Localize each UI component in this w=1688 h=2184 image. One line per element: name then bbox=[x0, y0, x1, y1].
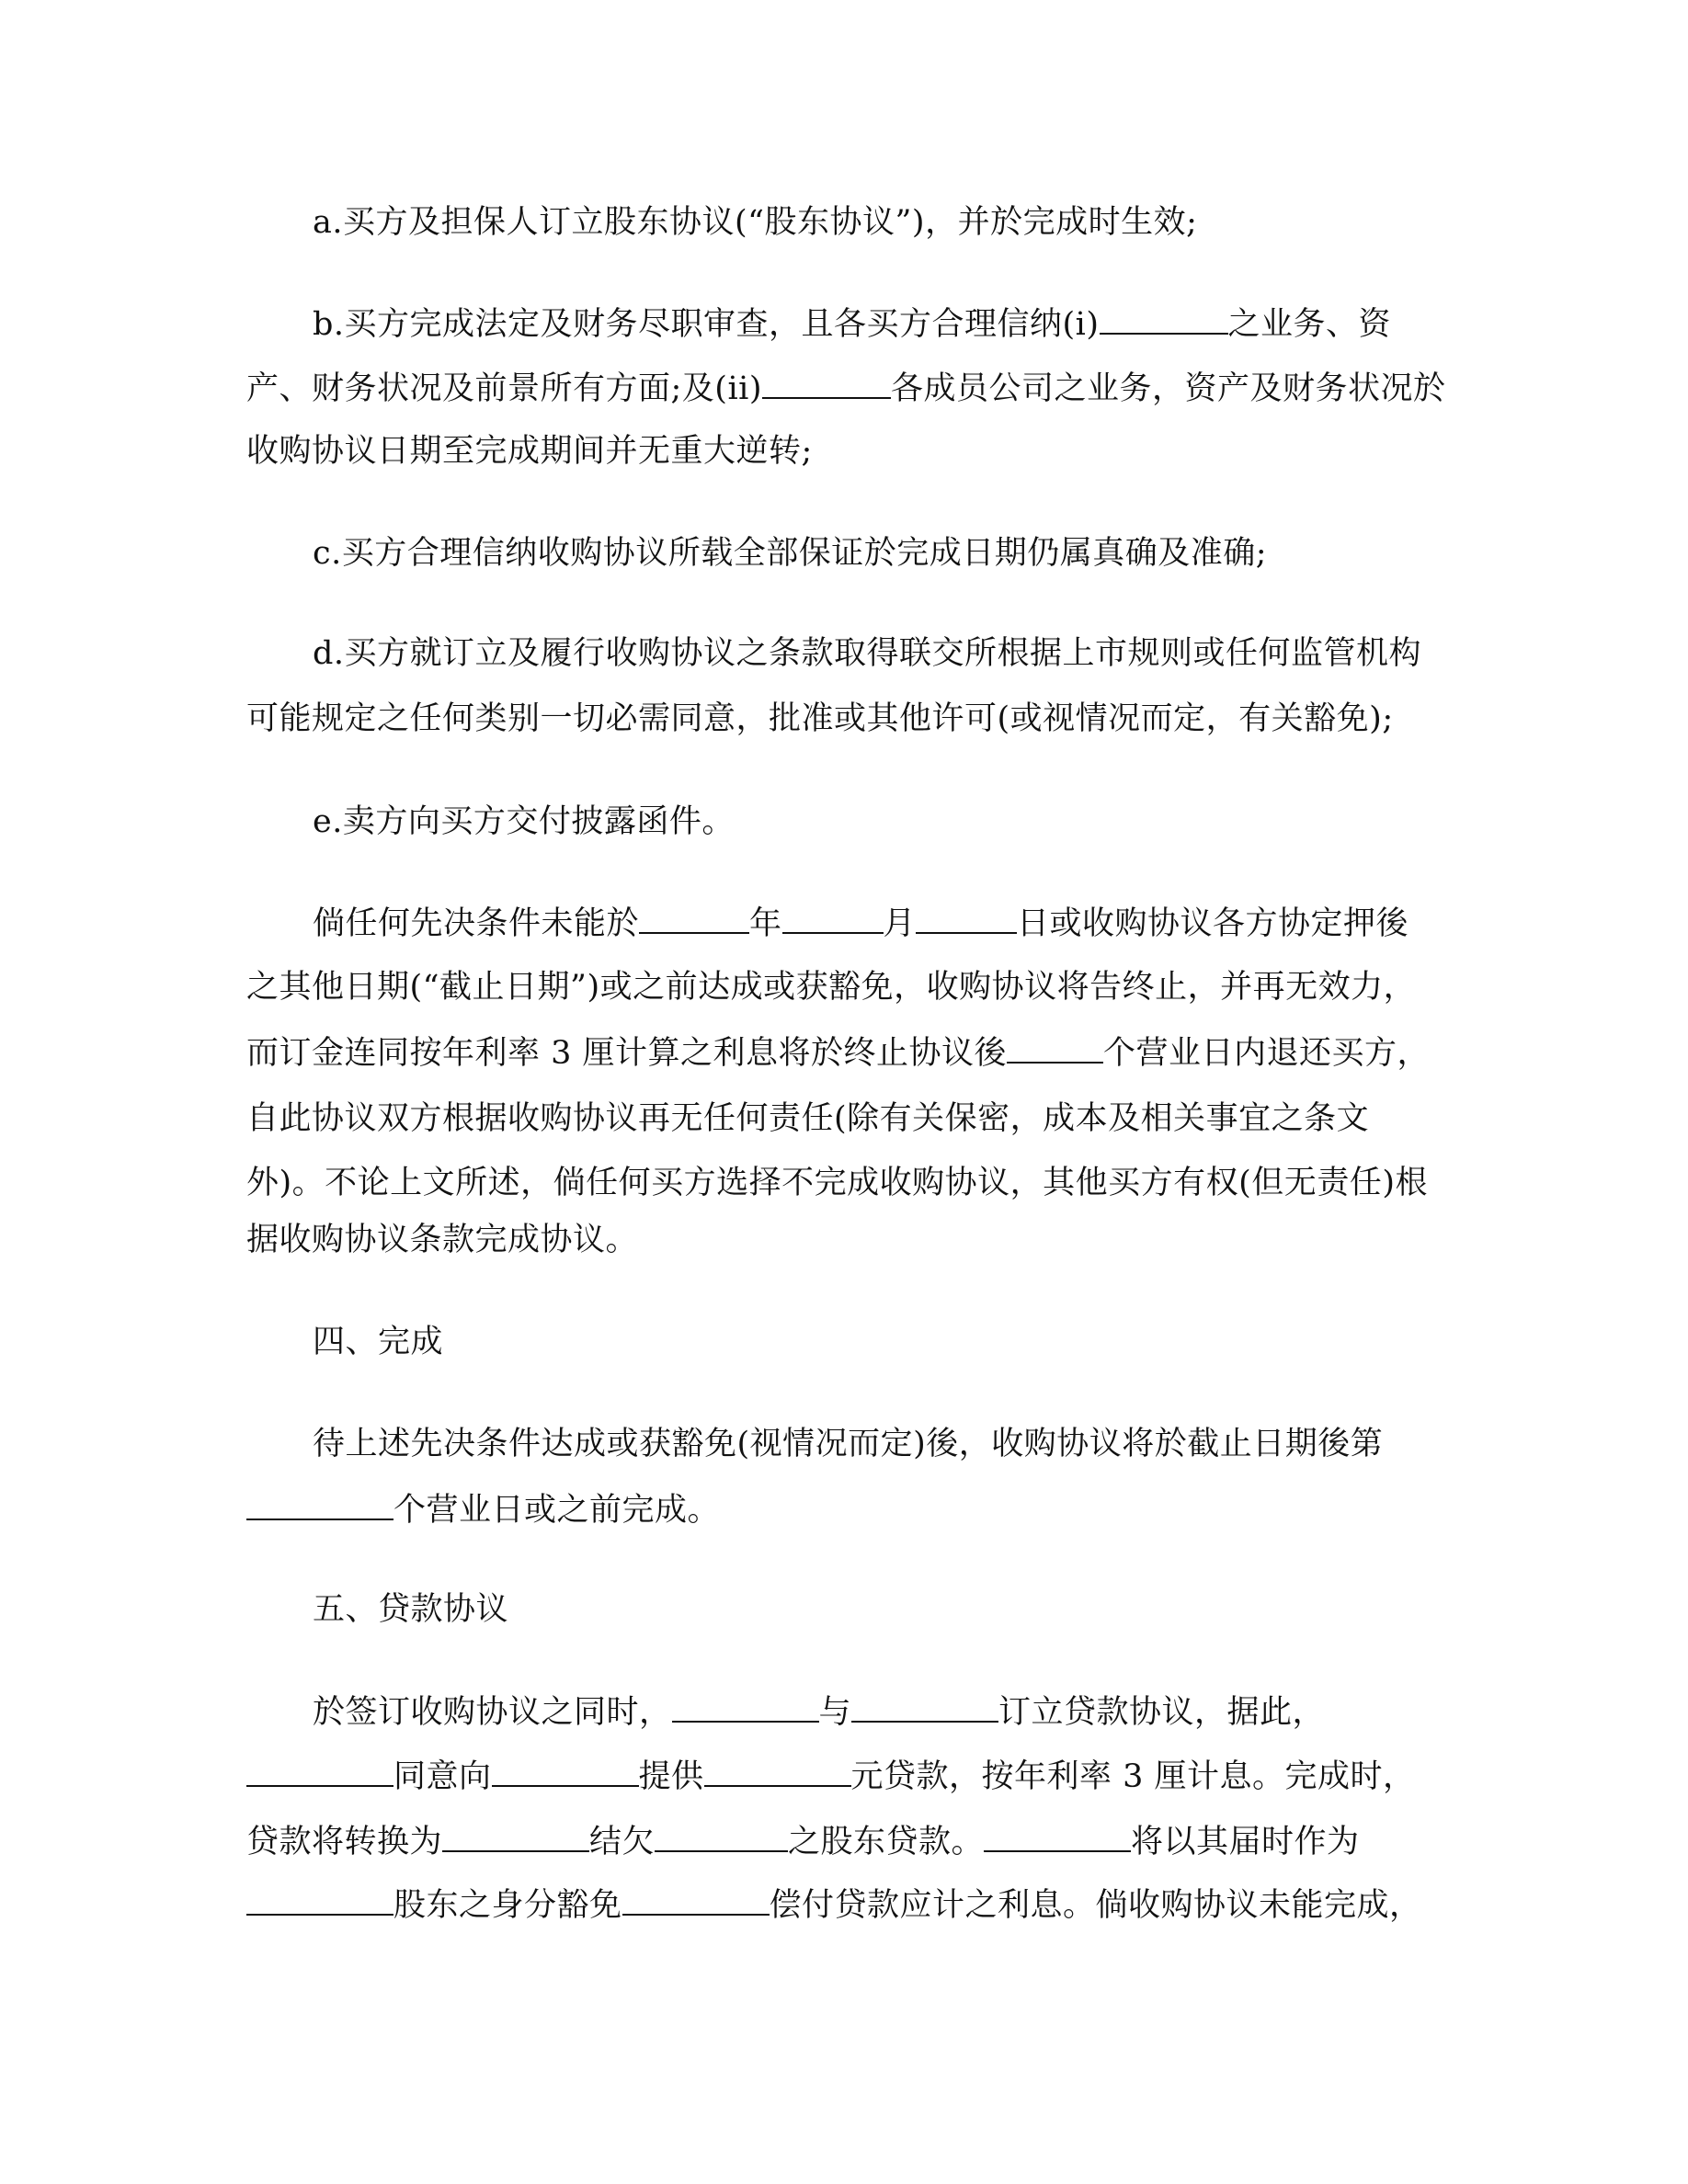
text-segment: 与 bbox=[819, 1694, 852, 1731]
text-segment: 提供 bbox=[639, 1758, 704, 1795]
text-line: 於签订收购协议之同时，与订立贷款协议，据此， bbox=[313, 1693, 1325, 1731]
text-line: 股东之身分豁免偿付贷款应计之利息。倘收购协议未能完成， bbox=[246, 1886, 1422, 1924]
text-segment: a.买方及担保人订立股东协议(“股东协议”)，并於完成时生效; bbox=[313, 204, 1197, 241]
text-line: 收购协议日期至完成期间并无重大逆转; bbox=[246, 433, 813, 470]
text-line: 据收购协议条款完成协议。 bbox=[246, 1222, 638, 1258]
fill-in-blank bbox=[655, 1823, 788, 1852]
text-segment: 待上述先决条件达成或获豁免(视情况而定)後，收购协议将於截止日期後第 bbox=[313, 1426, 1383, 1462]
text-line: 贷款将转换为结欠之股东贷款。将以其届时作为 bbox=[246, 1823, 1360, 1860]
fill-in-blank bbox=[762, 370, 891, 399]
text-segment: 之股东贷款。 bbox=[788, 1824, 984, 1860]
text-line: 倘任何先决条件未能於年月日或收购协议各方协定押後 bbox=[313, 904, 1409, 942]
text-segment: 五、贷款协议 bbox=[313, 1591, 508, 1628]
fill-in-blank bbox=[492, 1757, 639, 1787]
text-line: d.买方就订立及履行收购协议之条款取得联交所根据上市规则或任何监管机构 bbox=[313, 635, 1421, 672]
text-segment: 股东之身分豁免 bbox=[393, 1887, 622, 1924]
fill-in-blank bbox=[782, 904, 884, 934]
fill-in-blank bbox=[442, 1823, 589, 1852]
text-segment: 外)。不论上文所述，倘任何买方选择不完成收购协议，其他买方有权(但无责任)根 bbox=[246, 1165, 1428, 1201]
text-segment: 於签订收购协议之同时， bbox=[313, 1694, 672, 1731]
text-line: 个营业日或之前完成。 bbox=[246, 1491, 720, 1529]
fill-in-blank bbox=[246, 1757, 393, 1787]
text-line: 同意向提供元贷款，按年利率 3 厘计息。完成时， bbox=[246, 1757, 1416, 1795]
text-line: 外)。不论上文所述，倘任何买方选择不完成收购协议，其他买方有权(但无责任)根 bbox=[246, 1165, 1428, 1201]
text-segment: 各成员公司之业务，资产及财务状况於 bbox=[891, 370, 1446, 407]
text-line: e.卖方向买方交付披露函件。 bbox=[313, 803, 735, 840]
fill-in-blank bbox=[704, 1757, 851, 1787]
fill-in-blank bbox=[622, 1886, 770, 1916]
fill-in-blank bbox=[916, 904, 1017, 934]
text-segment: 可能规定之任何类别一切必需同意，批准或其他许可(或视情况而定，有关豁免); bbox=[246, 700, 1394, 737]
text-line: b.买方完成法定及财务尽职审查，且各买方合理信纳(i)之业务、资 bbox=[313, 305, 1391, 343]
text-segment: 贷款将转换为 bbox=[246, 1824, 442, 1860]
text-line: c.买方合理信纳收购协议所载全部保证於完成日期仍属真确及准确; bbox=[313, 535, 1267, 572]
fill-in-blank bbox=[984, 1823, 1131, 1852]
text-line: 可能规定之任何类别一切必需同意，批准或其他许可(或视情况而定，有关豁免); bbox=[246, 700, 1394, 737]
text-line: 五、贷款协议 bbox=[313, 1591, 508, 1628]
fill-in-blank bbox=[851, 1693, 998, 1723]
fill-in-blank bbox=[1100, 305, 1228, 335]
fill-in-blank bbox=[672, 1693, 819, 1723]
fill-in-blank bbox=[246, 1491, 393, 1520]
fill-in-blank bbox=[1007, 1034, 1103, 1064]
text-segment: 之其他日期(“截止日期”)或之前达成或获豁免，收购协议将告终止，并再无效力， bbox=[246, 969, 1416, 1006]
text-line: 四、完成 bbox=[313, 1324, 443, 1360]
text-segment: 日或收购协议各方协定押後 bbox=[1017, 905, 1409, 942]
text-segment: 自此协议双方根据收购协议再无任何责任(除有关保密，成本及相关事宜之条文 bbox=[246, 1100, 1369, 1137]
text-segment: 订立贷款协议，据此， bbox=[998, 1694, 1325, 1731]
text-line: 产、财务状况及前景所有方面;及(ii)各成员公司之业务，资产及财务状况於 bbox=[246, 370, 1446, 407]
text-segment: d.买方就订立及履行收购协议之条款取得联交所根据上市规则或任何监管机构 bbox=[313, 635, 1421, 672]
text-segment: 元贷款，按年利率 3 厘计息。完成时， bbox=[851, 1758, 1416, 1795]
text-line: 而订金连同按年利率 3 厘计算之利息将於终止协议後个营业日内退还买方， bbox=[246, 1034, 1430, 1072]
text-segment: e.卖方向买方交付披露函件。 bbox=[313, 803, 735, 840]
text-segment: b.买方完成法定及财务尽职审查，且各买方合理信纳(i) bbox=[313, 306, 1100, 343]
text-line: a.买方及担保人订立股东协议(“股东协议”)，并於完成时生效; bbox=[313, 204, 1197, 241]
text-segment: 据收购协议条款完成协议。 bbox=[246, 1222, 638, 1258]
text-segment: c.买方合理信纳收购协议所载全部保证於完成日期仍属真确及准确; bbox=[313, 535, 1267, 572]
text-segment: 收购协议日期至完成期间并无重大逆转; bbox=[246, 433, 813, 470]
text-segment: 月 bbox=[884, 905, 917, 942]
text-line: 待上述先决条件达成或获豁免(视情况而定)後，收购协议将於截止日期後第 bbox=[313, 1426, 1383, 1462]
text-segment: 产、财务状况及前景所有方面;及(ii) bbox=[246, 370, 762, 407]
text-segment: 之业务、资 bbox=[1228, 306, 1392, 343]
text-segment: 个营业日或之前完成。 bbox=[393, 1492, 720, 1529]
fill-in-blank bbox=[246, 1886, 393, 1916]
text-segment: 将以其届时作为 bbox=[1131, 1824, 1360, 1860]
text-line: 自此协议双方根据收购协议再无任何责任(除有关保密，成本及相关事宜之条文 bbox=[246, 1100, 1369, 1137]
text-line: 之其他日期(“截止日期”)或之前达成或获豁免，收购协议将告终止，并再无效力， bbox=[246, 969, 1416, 1006]
text-segment: 结欠 bbox=[589, 1824, 655, 1860]
text-segment: 同意向 bbox=[393, 1758, 492, 1795]
text-segment: 偿付贷款应计之利息。倘收购协议未能完成， bbox=[770, 1887, 1422, 1924]
fill-in-blank bbox=[639, 904, 749, 934]
text-segment: 个营业日内退还买方， bbox=[1103, 1035, 1430, 1072]
text-segment: 四、完成 bbox=[313, 1324, 443, 1360]
text-segment: 年 bbox=[749, 905, 782, 942]
text-segment: 倘任何先决条件未能於 bbox=[313, 905, 639, 942]
text-segment: 而订金连同按年利率 3 厘计算之利息将於终止协议後 bbox=[246, 1035, 1007, 1072]
